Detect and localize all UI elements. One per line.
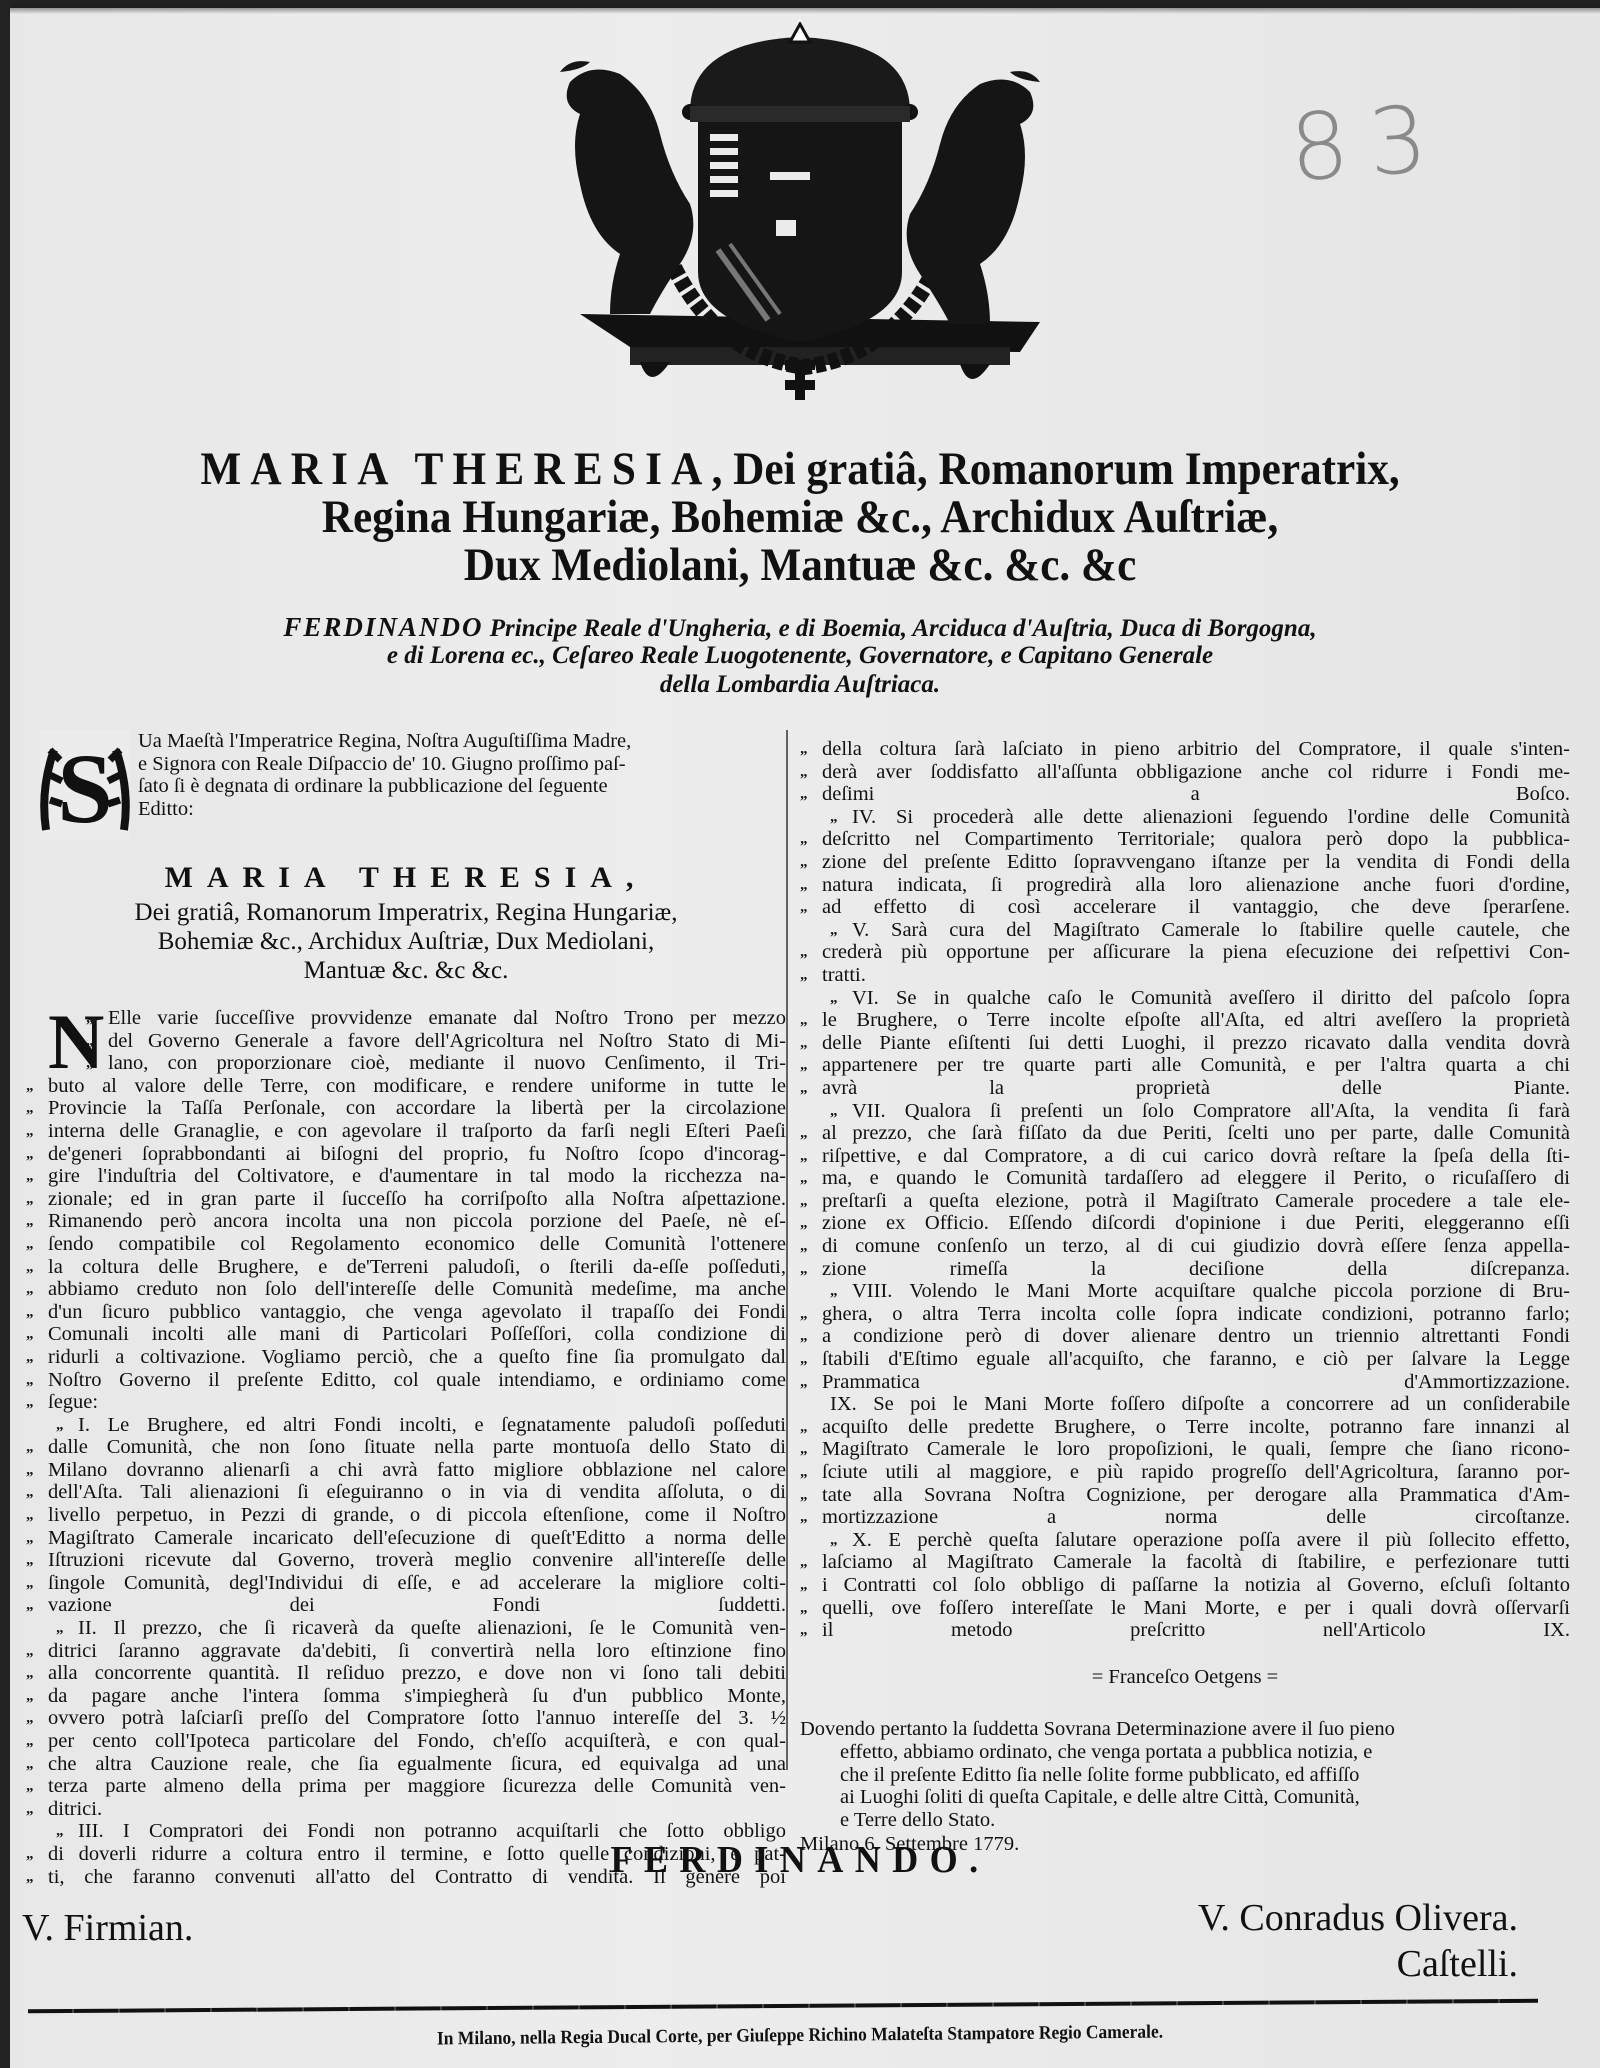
text-line: „X. E perchè queſta ſalutare operazione … [800, 1529, 1570, 1552]
quote-mark: „ [800, 1190, 822, 1213]
quote-mark: „ [800, 1619, 822, 1642]
quote-mark: „ [800, 828, 822, 851]
text-line: „le Brughere, o Terre incolte eſpoſte al… [800, 1009, 1570, 1032]
inner-title-name: MARIA THERESIA, [26, 858, 786, 898]
quote-mark: „ [26, 1775, 48, 1798]
sovereign-title-line-3: Dux Mediolani, Mantuæ &c. &c. &c [64, 542, 1536, 588]
signature-olivera-castelli: V. Conradus Olivera. Caſtelli. [1198, 1895, 1518, 1987]
intro-line: Ua Maeſtà l'Imperatrice Regina, Noſtra A… [26, 730, 786, 753]
text-line: „della coltura ſarà laſciato in pieno ar… [800, 738, 1570, 761]
text-line: „natura indicata, ſi progredirà alla lor… [800, 874, 1570, 897]
text-line: „deſimi a Boſco. [800, 783, 1570, 806]
governor-name: FERDINANDO [283, 612, 483, 642]
quote-mark: „ [800, 1167, 822, 1190]
governor-title-line-2: e di Lorena ec., Ceſareo Reale Luogotene… [0, 641, 1600, 671]
quote-mark: „ [26, 1436, 48, 1459]
text-line: „zione rimeſſa la deciſione della diſcre… [800, 1258, 1570, 1281]
text-line: „preſtarſi a queſta elezione, potrà il M… [800, 1190, 1570, 1213]
text-line: „ridurli a coltivazione. Vogliamo perciò… [26, 1346, 786, 1369]
quote-mark: „ [830, 1100, 852, 1123]
quote-mark: „ [800, 941, 822, 964]
quote-mark: „ [800, 1122, 822, 1145]
intro-line: ſato ſi è degnata di ordinare la pubblic… [26, 775, 786, 798]
quote-mark: „ [800, 1032, 822, 1055]
quote-mark: „ [800, 851, 822, 874]
text-line: „a condizione però di dover alienare den… [800, 1325, 1570, 1348]
text-line: „Magiſtrato Camerale incaricato dell'eſe… [26, 1527, 786, 1550]
quote-mark: „ [800, 1258, 822, 1281]
text-line: „Milano dovranno alienarſi a chi avrà fa… [26, 1459, 786, 1482]
quote-mark: „ [800, 1325, 822, 1348]
text-line: „ſtabili d'Eſtimo eguale all'acquiſto, c… [800, 1348, 1570, 1371]
closing-line: Dovendo pertanto la ſuddetta Sovrana Det… [800, 1718, 1570, 1741]
quote-mark: „ [800, 783, 822, 806]
text-line: „ſciute utili al maggiore, e più rapido … [800, 1461, 1570, 1484]
quote-mark: „ [800, 896, 822, 919]
quote-mark: „ [56, 1617, 78, 1640]
text-line: „d'un ſicuro pubblico vantaggio, che ven… [26, 1301, 786, 1324]
text-line: „da pagare anche l'intera ſomma s'impieg… [26, 1685, 786, 1708]
quote-mark: „ [800, 1145, 822, 1168]
signature-firmian: V. Firmian. [22, 1906, 193, 1950]
edict-preamble: N „Elle varie ſucceſſive provvidenze ema… [26, 1007, 786, 1414]
quote-mark: „ [800, 1235, 822, 1258]
countersign: = Franceſco Oetgens = [800, 1666, 1570, 1689]
quote-mark: „ [26, 1459, 48, 1482]
right-column: „della coltura ſarà laſciato in pieno ar… [800, 738, 1570, 1856]
closing-line: che il preſente Editto ſia nelle ſolite … [800, 1764, 1570, 1787]
text-line: „Comunali incolti alle mani di Particola… [26, 1323, 786, 1346]
text-line: „Provincie la Taſſa Perſonale, con accor… [26, 1097, 786, 1120]
quote-mark: „ [26, 1143, 48, 1166]
quote-mark: „ [800, 1077, 822, 1100]
text-line: „abbiamo creduto non ſolo dell'intereſſe… [26, 1278, 786, 1301]
text-line: „Noſtro Governo il preſente Editto, col … [26, 1369, 786, 1392]
closing-line: ai Luoghi ſoliti di queſta Capitale, e d… [800, 1786, 1570, 1809]
quote-mark: „ [26, 1549, 48, 1572]
text-line: „Iſtruzioni ricevute dal Governo, trover… [26, 1549, 786, 1572]
quote-mark: „ [26, 1097, 48, 1120]
quote-mark: „ [800, 964, 822, 987]
quote-mark: „ [26, 1527, 48, 1550]
closing-line: e Terre dello Stato. [800, 1809, 1570, 1832]
text-line: „vazione dei Fondi ſuddetti. [26, 1594, 786, 1617]
column-divider [786, 730, 788, 1770]
quote-mark: „ [800, 1506, 822, 1529]
quote-mark: „ [800, 1371, 822, 1394]
text-line: „quelli, ove foſſero intereſſate le Mani… [800, 1597, 1570, 1620]
quote-mark: „ [26, 1278, 48, 1301]
text-line: „appartenere per tre quarte parti alle C… [800, 1054, 1570, 1077]
quote-mark: „ [800, 1484, 822, 1507]
text-line: „gire l'induſtria del Coltivatore, e d'a… [26, 1165, 786, 1188]
text-line: „il metodo preſcritto nell'Articolo IX. [800, 1619, 1570, 1642]
text-line: „lano, con proporzionare cioè, mediante … [26, 1052, 786, 1075]
text-line: „delle Piante eſiſtenti ſui detti Luoghi… [800, 1032, 1570, 1055]
text-line: „interna delle Granaglie, e con agevolar… [26, 1120, 786, 1143]
text-line: „ſingole Comunità, degl'Individui di eſſ… [26, 1572, 786, 1595]
quote-mark: „ [800, 1303, 822, 1326]
sovereign-name: MARIA THERESIA [200, 443, 711, 495]
text-line: „V. Sarà cura del Magiſtrato Camerale lo… [800, 919, 1570, 942]
text-line: „che altra Cauzione reale, che ſia egual… [26, 1753, 786, 1776]
quote-mark: „ [26, 1075, 48, 1098]
text-line: „ma, e quando le Comunità tardaſſero ad … [800, 1167, 1570, 1190]
quote-mark: „ [26, 1369, 48, 1392]
sovereign-title-line-1: MARIA THERESIA, Dei gratiâ, Romanorum Im… [64, 446, 1536, 492]
text-line: „mortizzazione a norma delle circoſtanze… [800, 1506, 1570, 1529]
quote-mark: „ [830, 919, 852, 942]
quote-mark: „ [26, 1120, 48, 1143]
text-line: „IV. Si procederà alle dette alienazioni… [800, 806, 1570, 829]
quote-mark: „ [26, 1504, 48, 1527]
edict-articles-left: „I. Le Brughere, ed altri Fondi incolti,… [26, 1414, 786, 1888]
quote-mark: „ [26, 1481, 48, 1504]
quote-mark: „ [26, 1233, 48, 1256]
text-line: „acquiſto delle predette Brughere, o Ter… [800, 1416, 1570, 1439]
dropcap-n: N [48, 1007, 104, 1077]
text-line: „dalle Comunità, che non ſono ſituate ne… [26, 1436, 786, 1459]
text-line: „Prammatica d'Ammortizzazione. [800, 1371, 1570, 1394]
text-line: „VI. Se in qualche caſo le Comunità aveſ… [800, 987, 1570, 1010]
quote-mark: „ [830, 806, 852, 829]
governor-title-line-1: FERDINANDO Principe Reale d'Ungheria, e … [0, 612, 1600, 644]
text-line: „zione ex Officio. Eſſendo diſcordi d'op… [800, 1212, 1570, 1235]
text-line: „zionale; ed in gran parte il ſucceſſo h… [26, 1188, 786, 1211]
left-column: S Ua Maeſtà l'Imperatrice Regina, Noſtra… [26, 730, 786, 1888]
text-line: „crederà più opportune per aſſicurare la… [800, 941, 1570, 964]
text-line: „derà aver ſoddisfatto all'aſſunta obbli… [800, 761, 1570, 784]
edict-inner-title: MARIA THERESIA, Dei gratiâ, Romanorum Im… [26, 858, 786, 985]
text-line: „tate alla Sovrana Noſtra Cognizione, pe… [800, 1484, 1570, 1507]
text-line: „i Contratti col ſolo obbligo di paſſarn… [800, 1574, 1570, 1597]
text-line: „al prezzo, che ſarà fiſſato da due Peri… [800, 1122, 1570, 1145]
quote-mark: „ [800, 1348, 822, 1371]
text-line: „riſpettive, e dal Compratore, a di cui … [800, 1145, 1570, 1168]
intro-line: e Signora con Reale Diſpaccio de' 10. Gi… [26, 753, 786, 776]
quote-mark: „ [26, 1640, 48, 1663]
coat-of-arms-icon [540, 22, 1060, 402]
text-line: „ſegue: [26, 1391, 786, 1414]
intro-line: Editto: [26, 798, 786, 821]
text-line: „ſendo compatibile col Regolamento econo… [26, 1233, 786, 1256]
text-line: „ovvero potrà laſciarſi preſſo del Compr… [26, 1707, 786, 1730]
quote-mark: „ [26, 1301, 48, 1324]
text-line: „buto al valore delle Terre, con modific… [26, 1075, 786, 1098]
quote-mark: „ [26, 1323, 48, 1346]
quote-mark: „ [26, 1798, 48, 1821]
text-line: „dell'Aſta. Tali alienazioni ſi eſeguira… [26, 1481, 786, 1504]
text-line: „avrà la proprietà delle Piante. [800, 1077, 1570, 1100]
quote-mark: „ [800, 738, 822, 761]
text-line: „ditrici ſaranno aggravate da'debiti, ſi… [26, 1640, 786, 1663]
text-line: „tratti. [800, 964, 1570, 987]
quote-mark: „ [26, 1572, 48, 1595]
quote-mark: „ [26, 1594, 48, 1617]
quote-mark: „ [830, 1280, 852, 1303]
quote-mark: „ [800, 1597, 822, 1620]
quote-mark: „ [800, 1212, 822, 1235]
scan-top-shadow [0, 0, 1600, 14]
edict-articles-right: „della coltura ſarà laſciato in pieno ar… [800, 738, 1570, 1642]
inner-title-line: Mantuæ &c. &c &c. [26, 956, 786, 985]
text-line: „I. Le Brughere, ed altri Fondi incolti,… [26, 1414, 786, 1437]
quote-mark: „ [800, 1438, 822, 1461]
text-line: „la coltura delle Brughere, e de'Terreni… [26, 1256, 786, 1279]
ornamental-dropcap-s-icon: S [40, 730, 130, 840]
quote-mark: „ [800, 1009, 822, 1032]
signature-olivera: V. Conradus Olivera. [1198, 1895, 1518, 1941]
text-line: „laſciamo al Magiſtrato Camerale la faco… [800, 1551, 1570, 1574]
text-line: „VII. Qualora ſi preſenti un ſolo Compra… [800, 1100, 1570, 1123]
governor-title-line-3: della Lombardia Auſtriaca. [0, 670, 1600, 700]
text-line: „per cento coll'Ipoteca particolare del … [26, 1730, 786, 1753]
quote-mark: „ [26, 1730, 48, 1753]
closing-paragraph: Dovendo pertanto la ſuddetta Sovrana Det… [800, 1718, 1570, 1831]
quote-mark: „ [26, 1707, 48, 1730]
quote-mark: „ [26, 1753, 48, 1776]
closing-line: effetto, abbiamo ordinato, che venga por… [800, 1741, 1570, 1764]
intro-paragraph: S Ua Maeſtà l'Imperatrice Regina, Noſtra… [26, 730, 786, 840]
text-line: „VIII. Volendo le Mani Morte acquiſtare … [800, 1280, 1570, 1303]
quote-mark: „ [830, 1529, 852, 1552]
quote-mark: „ [26, 1662, 48, 1685]
quote-mark: „ [56, 1414, 78, 1437]
text-line: „Magiſtrato Camerale le loro propoſizion… [800, 1438, 1570, 1461]
quote-mark: „ [26, 1391, 48, 1414]
quote-mark: „ [26, 1165, 48, 1188]
quote-mark: „ [800, 1054, 822, 1077]
signature-ferdinando: FERDINANDO. [40, 1838, 1560, 1882]
inner-title-line: Dei gratiâ, Romanorum Imperatrix, Regina… [26, 898, 786, 927]
text-line: „Rimanendo però ancora incolta una non p… [26, 1210, 786, 1233]
text-line: „ghera, o altra Terra incolta colle ſopr… [800, 1303, 1570, 1326]
quote-mark: „ [800, 1551, 822, 1574]
quote-mark: „ [26, 1210, 48, 1233]
quote-mark: „ [26, 1685, 48, 1708]
text-line: „livello perpetuo, in Pezzi di grande, o… [26, 1504, 786, 1527]
quote-mark: „ [830, 987, 852, 1010]
archive-number-annotation: 83 [1286, 85, 1450, 203]
text-line: „ad effetto di così accelerare il vantag… [800, 896, 1570, 919]
text-line: „terza parte almeno della prima per magg… [26, 1775, 786, 1798]
inner-title-line: Bohemiæ &c., Archidux Auſtriæ, Dux Medio… [26, 927, 786, 956]
text-line: „ditrici. [26, 1798, 786, 1821]
text-line: IX. Se poi le Mani Morte foſſero diſpoſt… [800, 1393, 1570, 1416]
text-line: „di comune conſenſo un terzo, al di cui … [800, 1235, 1570, 1258]
text-line: „de'generi ſoprabbondanti ai biſogni del… [26, 1143, 786, 1166]
signature-castelli: Caſtelli. [1198, 1941, 1518, 1987]
text-line: „deſcritto nel Compartimento Territorial… [800, 828, 1570, 851]
text-line: „zione del preſente Editto ſopravvengano… [800, 851, 1570, 874]
quote-mark: „ [800, 761, 822, 784]
text-line: „Elle varie ſucceſſive provvidenze emana… [26, 1007, 786, 1030]
text-line: „del Governo Generale a favore dell'Agri… [26, 1030, 786, 1053]
quote-mark: „ [26, 1188, 48, 1211]
text-line: „alla concorrente quantità. Il reſiduo p… [26, 1662, 786, 1685]
quote-mark: „ [800, 874, 822, 897]
svg-text:S: S [57, 733, 113, 840]
quote-mark: „ [800, 1574, 822, 1597]
quote-mark: „ [26, 1256, 48, 1279]
quote-mark: „ [26, 1346, 48, 1369]
text-line: „II. Il prezzo, che ſi ricaverà da queſt… [26, 1617, 786, 1640]
quote-mark: „ [800, 1461, 822, 1484]
sovereign-title-line-2: Regina Hungariæ, Bohemiæ &c., Archidux A… [64, 494, 1536, 540]
quote-mark: „ [800, 1416, 822, 1439]
